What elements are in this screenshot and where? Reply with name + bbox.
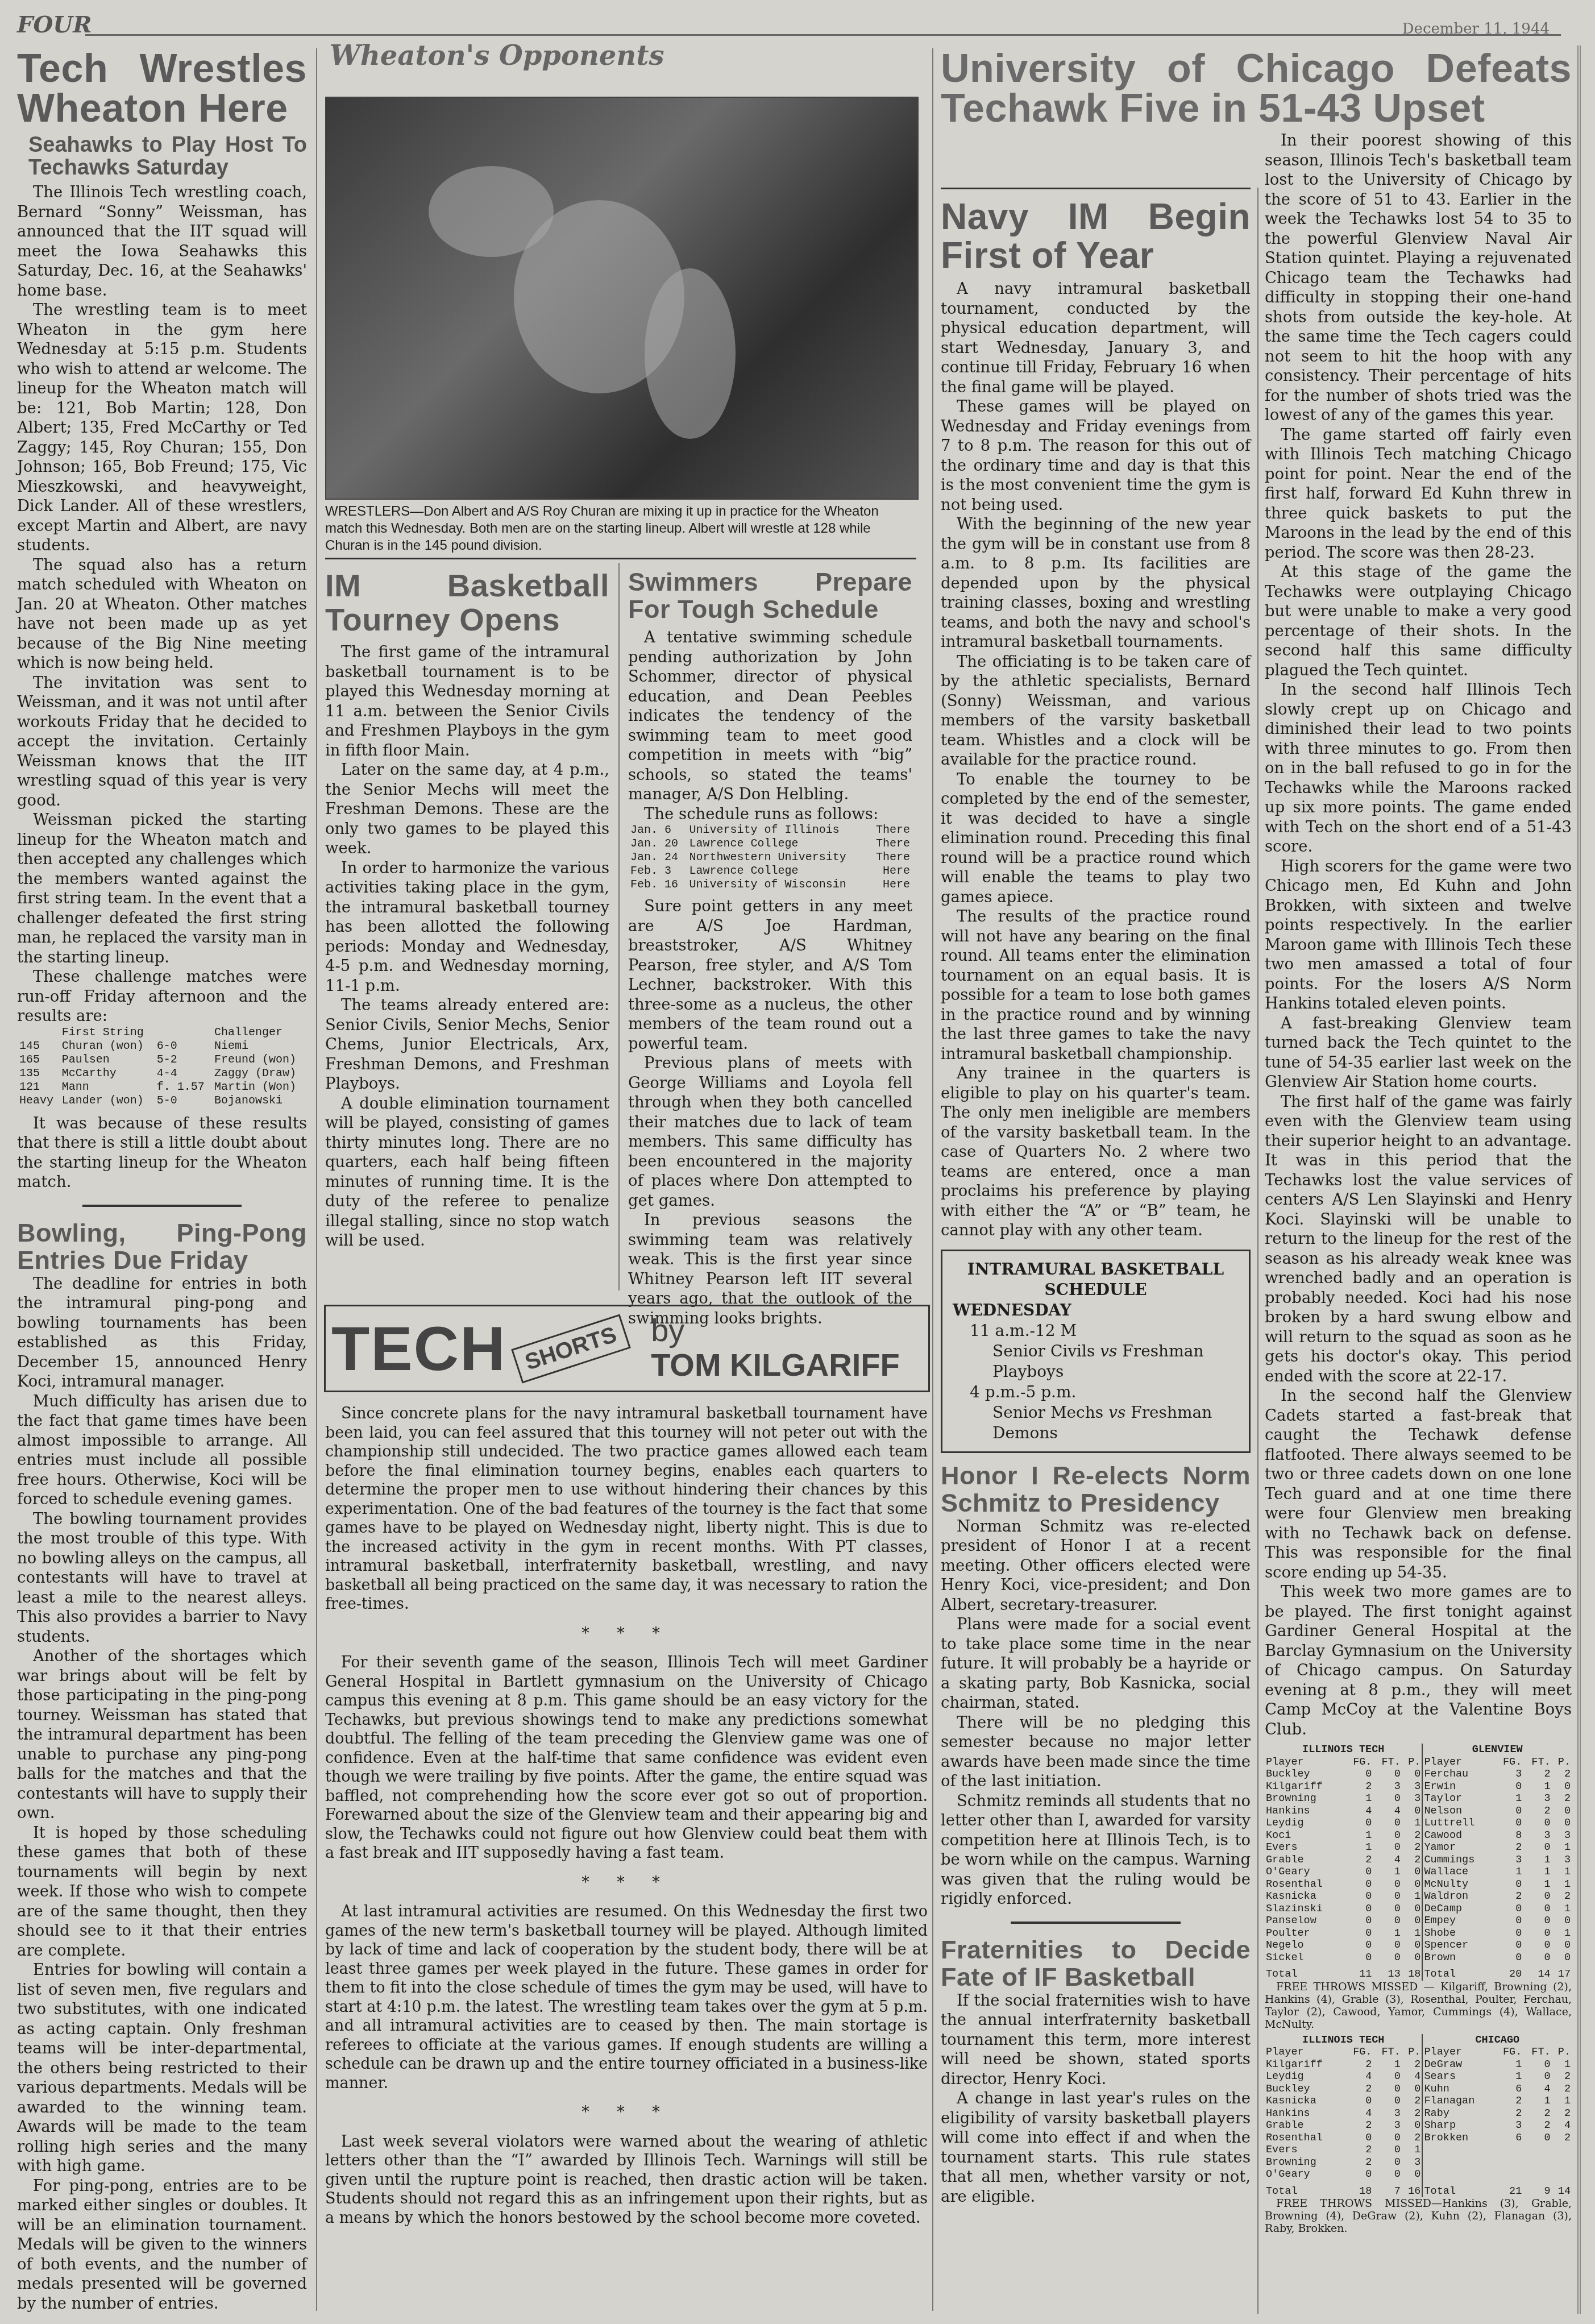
box-header: FG. xyxy=(1344,2046,1373,2059)
score: 5-0 xyxy=(155,1094,212,1108)
box-cell: 3 xyxy=(1494,1768,1523,1781)
box-cell: 1 xyxy=(1552,2095,1572,2107)
box-cell: 1 xyxy=(1523,1878,1551,1891)
honor-para-1: Norman Schmitz was re-elected president … xyxy=(941,1517,1251,1615)
results-row: HeavyLander (won)5-0Bojanowski xyxy=(17,1094,307,1108)
meet-site: There xyxy=(869,837,912,851)
box-player-row: Hankins440Nelson020 xyxy=(1265,1805,1572,1817)
box-cell: 1 xyxy=(1523,1781,1551,1793)
score: f. 1.57 xyxy=(155,1081,212,1094)
column-im-basketball: IM Basketball Tourney Opens The first ga… xyxy=(325,568,609,1251)
chicago-para-8: This week two more games are to be playe… xyxy=(1265,1582,1572,1739)
bowling-para-3: The bowling tournament provides the most… xyxy=(17,1509,307,1647)
box-cell: 0 xyxy=(1373,2168,1401,2181)
box-cell xyxy=(1422,2144,1494,2156)
box-total: Total xyxy=(1422,2181,1494,2198)
meet-site: Here xyxy=(869,878,912,892)
box-cell: 0 xyxy=(1494,1927,1523,1940)
box-cell: 1 xyxy=(1402,1817,1423,1829)
im-schedule-day: WEDNESDAY xyxy=(953,1300,1239,1321)
column-rule xyxy=(932,48,933,2311)
box-player-row: Slazinski000DeCamp001 xyxy=(1265,1903,1572,1915)
swim-para-2: The schedule runs as follows: xyxy=(628,804,912,824)
box-cell: 2 xyxy=(1523,1768,1551,1781)
box-cell: 2 xyxy=(1494,1841,1523,1854)
chicago-para-3: In the second half Illinois Tech slowly … xyxy=(1265,680,1572,857)
box-cell: 2 xyxy=(1344,2059,1373,2071)
banner-byline-block: by TOM KILGARIFF xyxy=(651,1314,900,1383)
meet-opponent: Northwestern University xyxy=(687,851,869,865)
weight: Heavy xyxy=(17,1094,60,1108)
frat-para-2: A change in last year's rules on the eli… xyxy=(941,2089,1251,2206)
box-cell xyxy=(1422,2168,1494,2181)
swim-row: Jan. 20Lawrence CollegeThere xyxy=(628,837,912,851)
box-cell: 0 xyxy=(1523,1903,1551,1915)
box-cell: Grable xyxy=(1265,1854,1344,1866)
box-cell: 0 xyxy=(1494,1915,1523,1927)
im-schedule-title: INTRAMURAL BASKETBALL SCHEDULE xyxy=(953,1259,1239,1300)
bowling-para-2: Much difficulty has arisen due to the fa… xyxy=(17,1392,307,1509)
wrestling-para-4: The invitation was sent to Weissman, and… xyxy=(17,673,307,811)
box-total: Total xyxy=(1265,2181,1344,2198)
box-cell: 6 xyxy=(1494,2083,1523,2095)
box-cell xyxy=(1523,2168,1551,2181)
box-cell: Cummings xyxy=(1422,1854,1494,1866)
box-cell: 0 xyxy=(1552,1781,1572,1793)
box-cell: Waldron xyxy=(1422,1890,1494,1903)
box-cell: 1 xyxy=(1523,1854,1551,1866)
box-cell: 2 xyxy=(1523,2119,1551,2132)
box-total: 21 xyxy=(1494,2181,1523,2198)
page-edge-rule xyxy=(1577,45,1581,2314)
swim-row: Jan. 6University of IllinoisThere xyxy=(628,824,912,837)
box-cell: 1 xyxy=(1373,1866,1401,1878)
shorts-para-4: Last week several violators were warned … xyxy=(325,2132,928,2228)
navy-para-5: To enable the tourney to be completed by… xyxy=(941,770,1251,907)
box-player-row: Negelo000Spencer000 xyxy=(1265,1939,1572,1952)
swim-schedule-table: Jan. 6University of IllinoisThere Jan. 2… xyxy=(628,824,912,892)
im-para-5: A double elimination tournament will be … xyxy=(325,1094,609,1251)
box-cell: 2 xyxy=(1344,1854,1373,1866)
box-player-row: O'Geary010Wallace111 xyxy=(1265,1866,1572,1878)
box-cell: 3 xyxy=(1523,1829,1551,1842)
box-player-row: Grable230Sharp324 xyxy=(1265,2119,1572,2132)
im-para-4: The teams already entered are: Senior Ci… xyxy=(325,995,609,1094)
box-cell: 0 xyxy=(1373,1768,1401,1781)
banner-author: TOM KILGARIFF xyxy=(651,1346,900,1383)
box-cell: 1 xyxy=(1552,1903,1572,1915)
box-header: P. xyxy=(1402,2046,1423,2059)
banner-tech: TECH xyxy=(331,1313,506,1385)
wrestling-para-3: The squad also has a return match schedu… xyxy=(17,555,307,673)
swim-row: Feb. 3Lawrence CollegeHere xyxy=(628,865,912,878)
box-cell: 2 xyxy=(1402,1854,1423,1866)
glenview-ft-missed: FREE THROWS MISSED — Kilgariff, Browning… xyxy=(1265,1981,1572,2031)
box-cell: 2 xyxy=(1552,2070,1572,2083)
wrestling-para-5: Weissman picked the starting lineup for … xyxy=(17,810,307,967)
chicago-para-2: At this stage of the game the Techawks w… xyxy=(1265,562,1572,680)
page-folio: FOUR xyxy=(17,11,92,38)
box-header: FG. xyxy=(1494,2046,1523,2059)
box-cell: Luttrell xyxy=(1422,1817,1494,1829)
box-cell: 0 xyxy=(1373,1817,1401,1829)
box-cell: 4 xyxy=(1552,2119,1572,2132)
box-cell: 1 xyxy=(1523,1866,1551,1878)
swimmers-headline: Swimmers Prepare For Tough Schedule xyxy=(628,568,912,623)
bowling-para-1: The deadline for entries in both the int… xyxy=(17,1274,307,1392)
swim-row: Feb. 16University of WisconsinHere xyxy=(628,878,912,892)
box-cell: 0 xyxy=(1402,1878,1423,1891)
box-total: 18 xyxy=(1344,2181,1373,2198)
box-header: FT. xyxy=(1523,2046,1551,2059)
box-cell: 1 xyxy=(1373,1927,1401,1940)
box-player-row: Leydig001Luttrell000 xyxy=(1265,1817,1572,1829)
box-cell: Kasnicka xyxy=(1265,1890,1344,1903)
box-cell: 2 xyxy=(1494,2107,1523,2120)
navy-para-1: A navy intramural basketball tournament,… xyxy=(941,279,1251,397)
box-cell: 3 xyxy=(1402,1781,1423,1793)
weight: 145 xyxy=(17,1040,60,1053)
fraternities-headline: Fraternities to Decide Fate of IF Basket… xyxy=(941,1936,1251,1991)
column-wrestling: Tech Wrestles Wheaton Here Seahawks to P… xyxy=(17,48,307,2313)
box-cell: 0 xyxy=(1373,1915,1401,1927)
box-cell xyxy=(1422,2156,1494,2169)
box-cell: 0 xyxy=(1494,1939,1523,1952)
column-swimmers: Swimmers Prepare For Tough Schedule A te… xyxy=(628,568,912,1328)
box-header: FT. xyxy=(1373,1756,1401,1769)
box-cell: 1 xyxy=(1402,1927,1423,1940)
box-cell: Buckley xyxy=(1265,2083,1344,2095)
challenger: Freund (won) xyxy=(212,1053,307,1067)
box-cell: 0 xyxy=(1373,1952,1401,1964)
box-cell: 1 xyxy=(1552,1927,1572,1940)
box-cell: Sharp xyxy=(1422,2119,1494,2132)
box-total: Total xyxy=(1422,1964,1494,1981)
box-cell: 0 xyxy=(1373,2144,1401,2156)
box-cell: Rosenthal xyxy=(1265,2132,1344,2144)
glenview-box-score: ILLINOIS TECHGLENVIEWPlayerFG.FT.P.Playe… xyxy=(1265,1744,1572,1981)
box-cell: 2 xyxy=(1552,1768,1572,1781)
wrestling-headline: Tech Wrestles Wheaton Here xyxy=(17,48,307,128)
box-cell: 0 xyxy=(1552,1817,1572,1829)
game-time: 4 p.m.-5 p.m. xyxy=(953,1382,1239,1402)
page-date: December 11, 1944 xyxy=(1402,20,1550,38)
box-cell: 1 xyxy=(1523,2095,1551,2107)
box-cell: 3 xyxy=(1552,1854,1572,1866)
box-cell: 1 xyxy=(1552,1841,1572,1854)
box-cell: 2 xyxy=(1494,2095,1523,2107)
box-cell: 3 xyxy=(1523,1792,1551,1805)
results-row: 135McCarthy4-4Zaggy (Draw) xyxy=(17,1067,307,1081)
box-cell: 2 xyxy=(1402,2059,1423,2071)
column-navy-im: Navy IM Begin First of Year A navy intra… xyxy=(941,188,1251,2206)
bowling-para-7: For ping-pong, entries are to be marked … xyxy=(17,2176,307,2314)
box-cell: 6 xyxy=(1494,2132,1523,2144)
box-cell: 0 xyxy=(1344,2095,1373,2107)
box-total: 18 xyxy=(1402,1964,1423,1981)
box-player-row: Kilgariff233Erwin010 xyxy=(1265,1781,1572,1793)
box-cell: Nelson xyxy=(1422,1805,1494,1817)
box-total: 17 xyxy=(1552,1964,1572,1981)
home-team: Senior Mechs xyxy=(992,1403,1103,1422)
box-cell: 0 xyxy=(1373,1939,1401,1952)
box-header: FG. xyxy=(1344,1756,1373,1769)
chicago-ft-missed: FREE THROWS MISSED—Hankins (3), Grable, … xyxy=(1265,2197,1572,2235)
box-cell: 0 xyxy=(1344,1915,1373,1927)
meet-opponent: Lawrence College xyxy=(687,865,869,878)
box-cell: 3 xyxy=(1494,1854,1523,1866)
box-cell: Sears xyxy=(1422,2070,1494,2083)
box-cell: 0 xyxy=(1523,1915,1551,1927)
box-cell: 2 xyxy=(1494,1890,1523,1903)
box-team-row: ILLINOIS TECHCHICAGO xyxy=(1265,2034,1572,2047)
box-player-row: O'Geary000 xyxy=(1265,2168,1572,2181)
box-cell: 3 xyxy=(1494,2119,1523,2132)
box-cell: 2 xyxy=(1552,1890,1572,1903)
box-header: Player xyxy=(1265,2046,1344,2059)
vs: vs xyxy=(1100,1342,1117,1360)
box-cell: 0 xyxy=(1373,1890,1401,1903)
challenger: Zaggy (Draw) xyxy=(212,1067,307,1081)
chicago-lead: In their poorest showing of this season,… xyxy=(1265,131,1572,425)
navy-para-2: These games will be played on Wednesday … xyxy=(941,397,1251,514)
box-cell: 3 xyxy=(1373,2119,1401,2132)
home-team: Senior Civils xyxy=(992,1342,1095,1360)
box-cell: 0 xyxy=(1523,1890,1551,1903)
box-cell: 1 xyxy=(1373,2059,1401,2071)
box-cell: Brokken xyxy=(1422,2132,1494,2144)
box-cell: O'Geary xyxy=(1265,2168,1344,2181)
box-cell xyxy=(1552,2156,1572,2169)
box-total: 11 xyxy=(1344,1964,1373,1981)
box-cell: Sickel xyxy=(1265,1952,1344,1964)
box-team-row: ILLINOIS TECHGLENVIEW xyxy=(1265,1744,1572,1756)
box-total: 14 xyxy=(1523,1964,1551,1981)
box-cell: Hankins xyxy=(1265,1805,1344,1817)
navy-para-3: With the beginning of the new year the g… xyxy=(941,514,1251,652)
chicago-para-1: The game started off fairly even with Il… xyxy=(1265,425,1572,563)
bowling-para-5: It is hoped by those scheduling these ga… xyxy=(17,1823,307,1961)
score: 6-0 xyxy=(155,1040,212,1053)
swim-para-1: A tentative swimming schedule pending au… xyxy=(628,628,912,804)
box-cell: 0 xyxy=(1344,1890,1373,1903)
box-cell: 1 xyxy=(1344,1841,1373,1854)
box-cell: 0 xyxy=(1344,1903,1373,1915)
box-total: Total xyxy=(1265,1964,1344,1981)
box-cell: 0 xyxy=(1373,1841,1401,1854)
box-cell: 2 xyxy=(1344,1781,1373,1793)
box-cell xyxy=(1552,2144,1572,2156)
vs: vs xyxy=(1108,1403,1125,1422)
box-cell: 0 xyxy=(1523,2132,1551,2144)
box-cell: 0 xyxy=(1552,1939,1572,1952)
im-para-1: The first game of the intramural basketb… xyxy=(325,642,609,760)
box-cell: 1 xyxy=(1494,1792,1523,1805)
box-cell: 1 xyxy=(1344,1792,1373,1805)
challenger: Martin (Won) xyxy=(212,1081,307,1094)
box-player-row: Buckley200Kuhn642 xyxy=(1265,2083,1572,2095)
meet-date: Feb. 3 xyxy=(628,865,687,878)
box-cell: 2 xyxy=(1552,2132,1572,2144)
box-cell: Ferchau xyxy=(1422,1768,1494,1781)
bowling-para-4: Another of the shortages which war bring… xyxy=(17,1646,307,1823)
section-divider xyxy=(82,1205,242,1207)
box-cell: Evers xyxy=(1265,1841,1344,1854)
separator-stars: * * * xyxy=(325,2103,928,2122)
box-cell: 0 xyxy=(1402,2083,1423,2095)
box-player-row: Rosenthal000McNulty011 xyxy=(1265,1878,1572,1891)
box-player-row: Rosenthal002Brokken602 xyxy=(1265,2132,1572,2144)
results-header-row: First StringChallenger xyxy=(17,1026,307,1040)
box-cell: 0 xyxy=(1552,1952,1572,1964)
box-cell: 2 xyxy=(1552,1792,1572,1805)
box-header-row: PlayerFG.FT.P.PlayerFG.FT.P. xyxy=(1265,1756,1572,1769)
results-row: 165Paulsen5-2Freund (won) xyxy=(17,1053,307,1067)
box-player-row: Hankins432Raby222 xyxy=(1265,2107,1572,2120)
box-cell: 1 xyxy=(1552,2059,1572,2071)
box-cell: 0 xyxy=(1494,1952,1523,1964)
wrestling-closing: It was because of these results that the… xyxy=(17,1114,307,1192)
box-cell: 0 xyxy=(1494,1817,1523,1829)
box-cell: Hankins xyxy=(1265,2107,1344,2120)
box-player-row: Kasnicka001Waldron202 xyxy=(1265,1890,1572,1903)
box-cell: 0 xyxy=(1344,1768,1373,1781)
box-cell: 2 xyxy=(1402,2095,1423,2107)
box-cell: 0 xyxy=(1552,1805,1572,1817)
box-cell xyxy=(1552,2168,1572,2181)
meet-date: Jan. 24 xyxy=(628,851,687,865)
box-cell: 1 xyxy=(1552,1878,1572,1891)
box-cell: 1 xyxy=(1402,1890,1423,1903)
box-cell: 0 xyxy=(1373,1792,1401,1805)
box-player-row: Evers102Yamor201 xyxy=(1265,1841,1572,1854)
box-cell: Erwin xyxy=(1422,1781,1494,1793)
box-header-row: PlayerFG.FT.P.PlayerFG.FT.P. xyxy=(1265,2046,1572,2059)
box-cell: Browning xyxy=(1265,1792,1344,1805)
box-cell xyxy=(1494,2144,1523,2156)
shorts-para-1: Since concrete plans for the navy intram… xyxy=(325,1404,928,1614)
wrestling-para-1: The Illinois Tech wrestling coach, Berna… xyxy=(17,182,307,300)
box-cell: Spencer xyxy=(1422,1939,1494,1952)
box-cell: 2 xyxy=(1402,2132,1423,2144)
box-cell: 0 xyxy=(1552,1915,1572,1927)
first-string: Lander (won) xyxy=(60,1094,155,1108)
box-cell: 4 xyxy=(1344,2070,1373,2083)
im-para-3: In order to harmonize the various activi… xyxy=(325,858,609,996)
box-cell: 0 xyxy=(1523,1939,1551,1952)
box-total: 20 xyxy=(1494,1964,1523,1981)
box-player-row: Kasnicka002Flanagan211 xyxy=(1265,2095,1572,2107)
box-cell: 4 xyxy=(1373,1854,1401,1866)
banner-shorts: SHORTS xyxy=(512,1314,631,1383)
box-total: 14 xyxy=(1552,2181,1572,2198)
chicago-headline: University of Chicago Defeats Techawk Fi… xyxy=(941,48,1572,128)
tech-shorts-banner: TECH SHORTS by TOM KILGARIFF xyxy=(324,1305,930,1392)
wrestling-para-6: These challenge matches were run-off Fri… xyxy=(17,967,307,1026)
box-cell: 0 xyxy=(1402,2119,1423,2132)
box-cell: 1 xyxy=(1494,2059,1523,2071)
box-player-row: Sickel000Brown000 xyxy=(1265,1952,1572,1964)
box-cell: 0 xyxy=(1402,2168,1423,2181)
box-cell: 2 xyxy=(1344,2156,1373,2169)
box-cell: 0 xyxy=(1402,1952,1423,1964)
newspaper-page: FOUR December 11, 1944 Tech Wrestles Whe… xyxy=(0,0,1595,2324)
box-cell: 0 xyxy=(1373,1878,1401,1891)
box-cell: 2 xyxy=(1552,2083,1572,2095)
box-cell: 0 xyxy=(1402,1915,1423,1927)
header-first-string: First String xyxy=(60,1026,155,1040)
box-cell: Leydig xyxy=(1265,1817,1344,1829)
results-row: 145Churan (won)6-0Niemi xyxy=(17,1040,307,1053)
meet-site: Here xyxy=(869,865,912,878)
box-player-row: Leydig404Sears102 xyxy=(1265,2070,1572,2083)
box-player-row: Kilgariff212DeGraw101 xyxy=(1265,2059,1572,2071)
rule xyxy=(941,188,1251,189)
box-cell xyxy=(1523,2144,1551,2156)
box-cell: 0 xyxy=(1373,2083,1401,2095)
box-cell: 0 xyxy=(1344,1866,1373,1878)
box-cell xyxy=(1494,2168,1523,2181)
meet-opponent: Lawrence College xyxy=(687,837,869,851)
bowling-headline: Bowling, Ping-Pong Entries Due Friday xyxy=(17,1219,307,1274)
box-cell: 1 xyxy=(1494,2070,1523,2083)
column-chicago-game: In their poorest showing of this season,… xyxy=(1265,131,1572,2235)
honor-para-3: There will be no pledging this semester … xyxy=(941,1713,1251,1791)
score: 5-2 xyxy=(155,1053,212,1067)
right-team: GLENVIEW xyxy=(1422,1744,1572,1756)
separator-stars: * * * xyxy=(325,1873,928,1893)
box-cell: 0 xyxy=(1402,1939,1423,1952)
box-player-row: Browning203 xyxy=(1265,2156,1572,2169)
shorts-para-3: At last intramural activities are resume… xyxy=(325,1902,928,2093)
box-player-row: Browning103Taylor132 xyxy=(1265,1792,1572,1805)
box-cell: Kilgariff xyxy=(1265,1781,1344,1793)
weight: 121 xyxy=(17,1081,60,1094)
box-total: 16 xyxy=(1402,2181,1423,2198)
banner-by: by xyxy=(651,1314,900,1346)
box-cell: McNulty xyxy=(1422,1878,1494,1891)
box-player-row: Poulter011Shobe001 xyxy=(1265,1927,1572,1940)
honor-i-headline: Honor I Re-elects Norm Schmitz to Presid… xyxy=(941,1462,1251,1517)
game-time: 11 a.m.-12 M xyxy=(953,1321,1239,1341)
box-cell: 2 xyxy=(1344,2144,1373,2156)
box-cell: 0 xyxy=(1523,1952,1551,1964)
shorts-para-2: For their seventh game of the season, Il… xyxy=(325,1653,928,1863)
box-cell: Slazinski xyxy=(1265,1903,1344,1915)
box-player-row: Buckley000Ferchau322 xyxy=(1265,1768,1572,1781)
box-cell: 3 xyxy=(1402,1792,1423,1805)
box-cell: 2 xyxy=(1523,1805,1551,1817)
box-cell xyxy=(1523,2156,1551,2169)
box-cell: O'Geary xyxy=(1265,1866,1344,1878)
navy-para-6: The results of the practice round will n… xyxy=(941,907,1251,1064)
box-cell: 2 xyxy=(1344,2083,1373,2095)
box-cell: Buckley xyxy=(1265,1768,1344,1781)
box-header: FT. xyxy=(1523,1756,1551,1769)
weight: 165 xyxy=(17,1053,60,1067)
box-header: Player xyxy=(1422,1756,1494,1769)
wrestling-para-2: The wrestling team is to meet Wheaton in… xyxy=(17,300,307,555)
first-string: Churan (won) xyxy=(60,1040,155,1053)
im-schedule-box: INTRAMURAL BASKETBALL SCHEDULE WEDNESDAY… xyxy=(941,1250,1251,1453)
top-rule xyxy=(85,34,1561,36)
box-cell: Empey xyxy=(1422,1915,1494,1927)
box-player-row: Grable242Cummings313 xyxy=(1265,1854,1572,1866)
bowling-para-6: Entries for bowling will contain a list … xyxy=(17,1960,307,2176)
game-matchup: Senior Civils vs Freshman Playboys xyxy=(953,1341,1239,1382)
box-player-row: Evers201 xyxy=(1265,2144,1572,2156)
first-string: McCarthy xyxy=(60,1067,155,1081)
